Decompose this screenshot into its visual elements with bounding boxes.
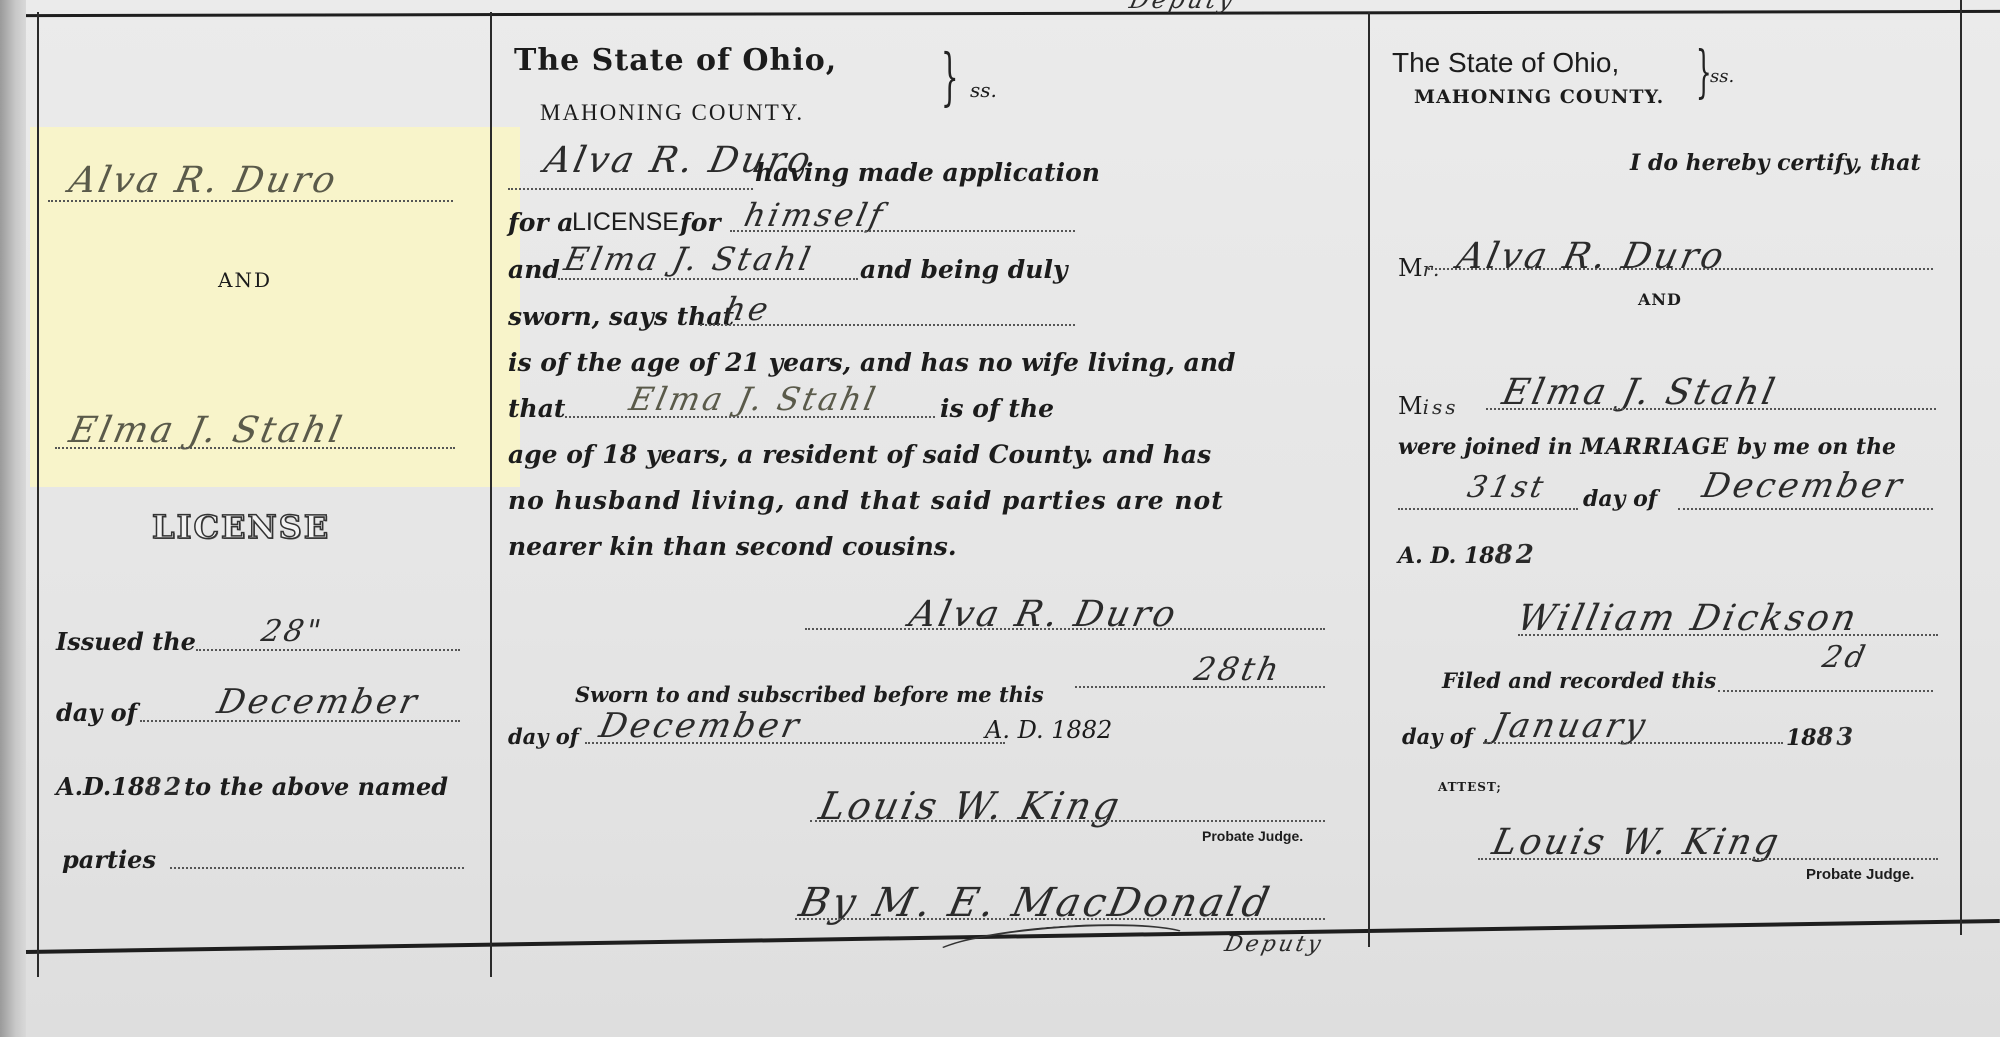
certificate-ss: ss. xyxy=(1710,66,1734,87)
marriage-certificate: The State of Ohio, MAHONING COUNTY. } ss… xyxy=(1368,0,1960,1037)
application-partner-line xyxy=(558,278,858,280)
certificate-month-line xyxy=(1678,508,1933,510)
stub-ad-prefix: A.D.18 xyxy=(56,772,145,801)
certificate-ad-label: A. D. 18 xyxy=(1398,543,1495,569)
certificate-and-label: AND xyxy=(1638,290,1682,309)
stub-day-of-label: day of xyxy=(56,698,137,727)
certificate-probate-judge-label: Probate Judge. xyxy=(1806,866,1914,883)
application-line-age-18: age of 18 years, a resident of said Coun… xyxy=(508,440,1211,469)
certificate-joined-1: were joined in xyxy=(1398,434,1573,460)
certificate-county: MAHONING COUNTY. xyxy=(1414,86,1664,108)
certificate-attest-label: ATTEST; xyxy=(1438,780,1502,794)
stub-license-heading: LICENSE xyxy=(152,508,330,546)
certificate-filed-year: 1883 xyxy=(1786,722,1856,751)
certificate-joined-line: were joined in MARRIAGE by me on the xyxy=(1398,434,1896,460)
certificate-mr-prefix: M xyxy=(1398,254,1423,282)
certificate-certify-label: I do hereby certify, that xyxy=(1630,150,1921,176)
application-pronoun: he xyxy=(721,290,775,328)
certificate-filed-label: Filed and recorded this xyxy=(1442,668,1716,693)
application-signature-line xyxy=(805,628,1325,630)
stub-groom-line xyxy=(48,200,453,202)
certificate-groom-name: Alva R. Duro xyxy=(1454,236,1730,277)
application-sworn-day-line xyxy=(1075,686,1325,688)
application-affidavit: The State of Ohio, MAHONING COUNTY. } ss… xyxy=(490,0,1368,1037)
certificate-miss-prefix: M xyxy=(1398,392,1423,420)
certificate-miss-label: Miss xyxy=(1398,392,1459,420)
stub-bride-line xyxy=(55,447,455,449)
application-sworn-month: December xyxy=(596,706,805,746)
stub-issued-label: Issued the xyxy=(56,627,196,656)
application-for-a: for a xyxy=(508,208,574,237)
certificate-miss-suffix: iss xyxy=(1423,395,1459,419)
application-being-duly: and being duly xyxy=(860,255,1067,284)
certificate-filed-day-of: day of xyxy=(1402,724,1473,749)
application-line-no-husband: no husband living, and that said parties… xyxy=(508,486,1224,515)
application-judge-line xyxy=(810,820,1325,822)
certificate-state-title: The State of Ohio, xyxy=(1392,47,1619,79)
stub-parties-label: parties xyxy=(62,845,156,874)
application-sworn-label: Sworn to and subscribed before me this xyxy=(575,682,1044,707)
application-for-line xyxy=(730,230,1075,232)
stub-month-line xyxy=(140,720,460,722)
application-deputy-line xyxy=(795,918,1325,920)
column-divider-right xyxy=(1960,0,1962,935)
certificate-judge-line xyxy=(1478,858,1938,860)
application-bride-name: Elma J. Stahl xyxy=(626,380,882,418)
application-line-age-21: is of the age of 21 years, and has no wi… xyxy=(508,348,1236,377)
stub-issued-line xyxy=(196,649,460,651)
application-deputy-label: Deputy xyxy=(1222,932,1326,957)
stub-and-label: AND xyxy=(218,268,272,292)
certificate-marriage-day: 31st xyxy=(1464,470,1549,505)
application-ss: ss. xyxy=(970,78,997,102)
stub-to-named: to the above named xyxy=(184,772,448,801)
application-line-kin: nearer kin than second cousins. xyxy=(508,532,957,561)
application-partner-name: Elma J. Stahl xyxy=(561,240,817,278)
application-county: MAHONING COUNTY. xyxy=(540,100,804,126)
application-and-label: and xyxy=(508,255,560,284)
decorative-flourish xyxy=(929,917,1195,979)
application-month-line xyxy=(585,742,1005,744)
certificate-filed-year-suffix: 83 xyxy=(1817,722,1856,751)
application-pronoun-line xyxy=(700,324,1075,326)
certificate-filed-month-line xyxy=(1483,742,1783,744)
application-that-label: that xyxy=(508,394,565,423)
certificate-day-of-label: day of xyxy=(1583,486,1657,512)
application-sworn-day: 28th xyxy=(1191,650,1285,688)
application-applicant-line xyxy=(508,188,753,190)
application-is-of-the: is of the xyxy=(940,394,1054,423)
certificate-bride-name: Elma J. Stahl xyxy=(1499,372,1781,413)
certificate-marriage-word: MARRIAGE xyxy=(1580,434,1729,460)
stub-bride-name: Elma J. Stahl xyxy=(66,410,348,451)
stub-ad-line: A.D.1882to the above named xyxy=(56,772,448,801)
application-having-made: having made application xyxy=(755,158,1100,187)
certificate-groom-line xyxy=(1428,268,1933,270)
application-for-whom: himself xyxy=(741,196,889,234)
certificate-filed-month: January xyxy=(1489,706,1652,746)
application-state-title: The State of Ohio, xyxy=(514,43,837,78)
certificate-ad-year: 82 xyxy=(1495,540,1537,570)
application-probate-judge-label: Probate Judge. xyxy=(1202,828,1303,844)
license-stub: Alva R. Duro AND Elma J. Stahl LICENSE I… xyxy=(0,0,490,1037)
application-for: for xyxy=(680,208,721,237)
stub-issued-day: 28" xyxy=(258,614,326,649)
certificate-filed-day: 2d xyxy=(1819,640,1871,675)
stub-parties-line xyxy=(170,867,464,869)
certificate-joined-3: by me on the xyxy=(1737,434,1896,460)
stub-issued-month: December xyxy=(214,682,423,722)
certificate-ad-line: A. D. 1882 xyxy=(1398,540,1537,570)
stub-groom-name: Alva R. Duro xyxy=(66,160,342,201)
application-day-of-label: day of xyxy=(508,724,579,749)
certificate-filed-day-line xyxy=(1718,690,1933,692)
certificate-bride-line xyxy=(1486,408,1936,410)
certificate-marriage-month: December xyxy=(1699,466,1908,506)
application-ad-label: A. D. 1882 xyxy=(985,716,1112,744)
certificate-day-line xyxy=(1398,508,1578,510)
certificate-officiant-line xyxy=(1518,634,1938,636)
application-license-word: LICENSE xyxy=(572,208,679,237)
certificate-officiant-signature: William Dickson xyxy=(1514,598,1863,639)
certificate-filed-year-prefix: 18 xyxy=(1786,725,1817,751)
stub-ad-year: 82 xyxy=(145,772,184,801)
certificate-judge-signature: Louis W. King xyxy=(1489,822,1785,863)
application-bride-line xyxy=(565,416,935,418)
application-sworn-says: sworn, says that xyxy=(508,302,734,331)
application-brace: } xyxy=(941,40,959,113)
document-page: Deputy Alva R. Duro AND Elma J. Stahl LI… xyxy=(0,0,2000,1037)
